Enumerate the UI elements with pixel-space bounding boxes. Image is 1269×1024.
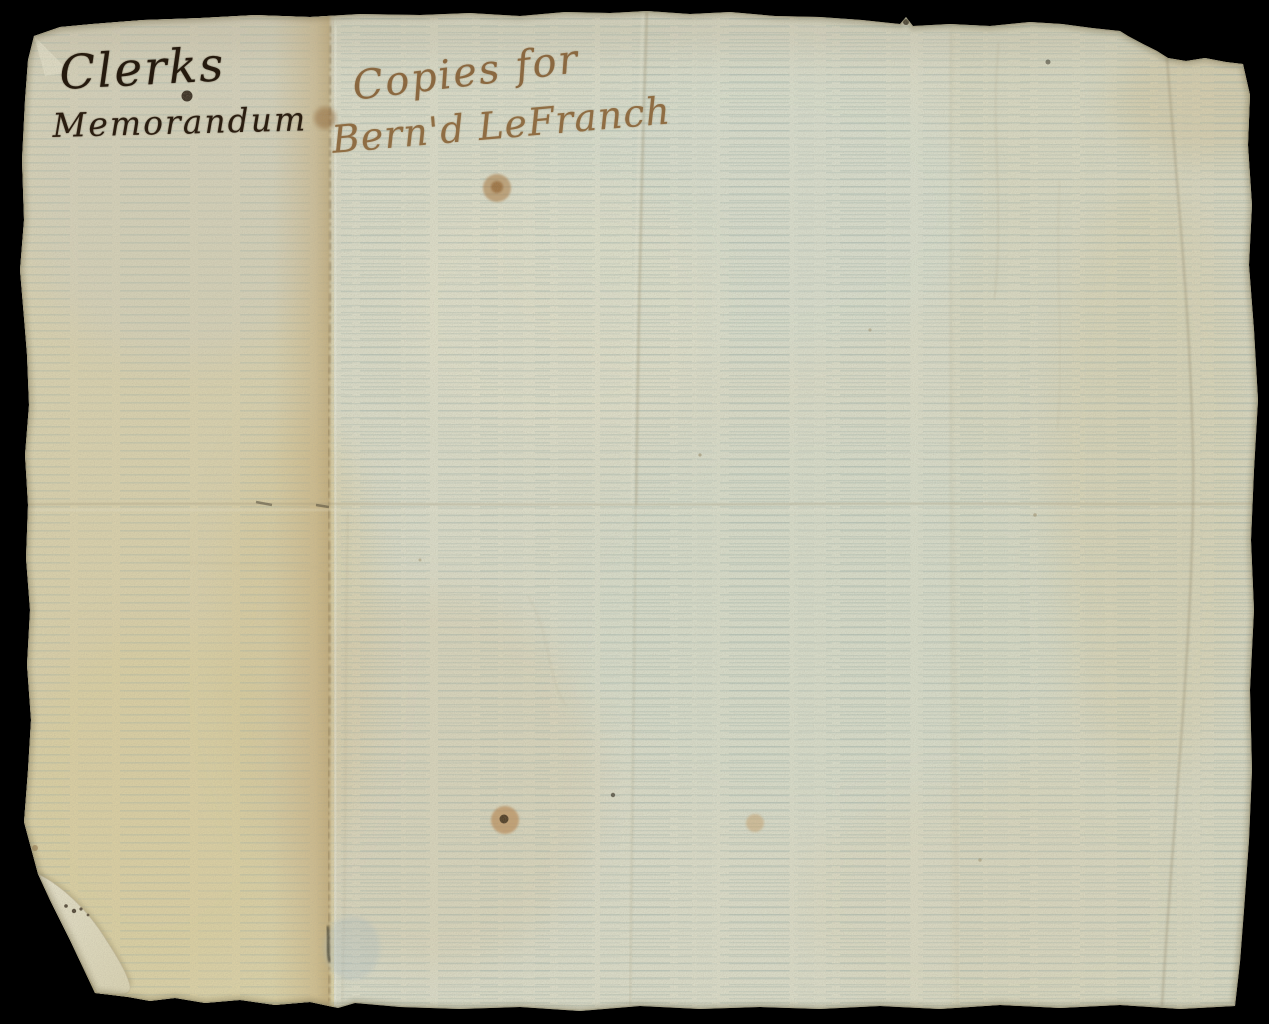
scanned-manuscript: Clerks Memorandum Copies for Bern'd LeFr… — [0, 0, 1269, 1024]
paper-grain — [20, 8, 1260, 1016]
paper-artwork — [0, 0, 1269, 1024]
